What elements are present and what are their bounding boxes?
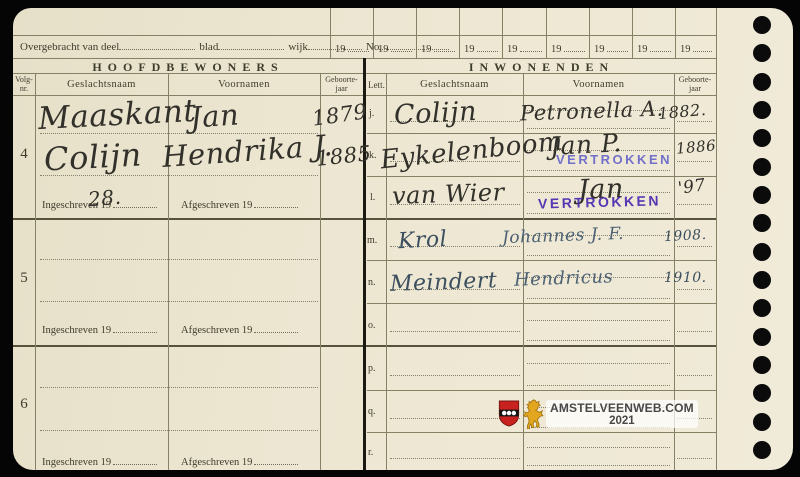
dotted-leader [254, 322, 298, 333]
dotted-line [527, 340, 670, 341]
year-cell: 19 [680, 41, 712, 55]
binder-hole [753, 328, 771, 346]
afgeschreven-text: Afgeschreven 19 [181, 325, 252, 336]
watermark-year-text: 2021 [609, 415, 635, 427]
year-cell-label: 19 [507, 44, 518, 55]
col-header-geboortejaar-line1: Geboorte- [320, 75, 363, 84]
dotted-line [677, 161, 712, 162]
dotted-line [527, 213, 670, 214]
col-header-volgnr-line1: Volg- [13, 75, 35, 84]
grid-line [459, 8, 460, 58]
col-header-geboortejaar-line2: jaar [320, 84, 363, 93]
dotted-leader [119, 39, 195, 50]
col-header-geslachtsnaam-inw: Geslachtsnaam [386, 79, 523, 90]
entry-voornamen: Jan [189, 97, 240, 134]
dotted-line [527, 298, 670, 299]
dotted-leader [254, 454, 298, 465]
vertrokken-stamp: VERTROKKEN [538, 192, 661, 211]
section-title-hoofdbewoners: HOOFDBEWONERS [13, 60, 363, 75]
col-header-geslachtsnaam: Geslachtsnaam [35, 79, 168, 90]
dotted-line [40, 430, 318, 431]
dotted-line [527, 320, 670, 321]
transfer-label-deel: Overgebracht van deel [20, 41, 119, 53]
dotted-leader [693, 41, 713, 52]
year-cell-label: 19 [421, 44, 432, 55]
block-number-5: 5 [13, 270, 35, 287]
col-header-geboortejaar-inw: Geboorte- jaar [674, 75, 716, 93]
dotted-leader [434, 41, 456, 52]
grid-line [632, 8, 633, 58]
dotted-leader [113, 454, 157, 465]
col-header-geboortejaar-inw-line1: Geboorte- [674, 75, 716, 84]
grid-line [367, 432, 716, 433]
grid-line [367, 390, 716, 391]
year-cell-label: 19 [594, 44, 605, 55]
dotted-line [677, 331, 712, 332]
dotted-line [677, 289, 712, 290]
afgeschreven-label: Afgeschreven 19 [181, 322, 298, 336]
year-cell: 19 [464, 41, 498, 55]
grid-line [546, 8, 547, 58]
col-header-lett: Lett. [366, 80, 387, 90]
year-cell-label: 19 [551, 44, 562, 55]
ingeschreven-year-value: 28. [87, 185, 122, 212]
binder-hole [753, 158, 771, 176]
binder-hole [753, 356, 771, 374]
lion-icon [522, 398, 544, 429]
grid-line [386, 73, 387, 470]
dotted-leader [564, 41, 586, 52]
dotted-line [40, 301, 318, 302]
entry-voornamen: Johannes J. F. [502, 224, 625, 248]
col-header-geboortejaar: Geboorte- jaar [320, 75, 363, 93]
year-cell: 19 [335, 41, 369, 55]
vertrokken-stamp: VERTROKKEN [556, 152, 672, 167]
grid-line [367, 176, 716, 177]
dotted-line [527, 255, 670, 256]
dotted-line [677, 458, 712, 459]
year-cell-label: 19 [464, 44, 475, 55]
afgeschreven-text: Afgeschreven 19 [181, 457, 252, 468]
section-title-inwonenden: INWONENDEN [367, 60, 716, 75]
dotted-leader [254, 197, 298, 208]
lett-label-q: q. [368, 406, 376, 417]
lett-label-j: j. [369, 108, 374, 119]
ingeschreven-label: Ingeschreven 19 [42, 322, 157, 336]
dotted-leader [391, 41, 413, 52]
year-cell-label: 19 [680, 44, 691, 55]
year-cell: 19 [594, 41, 628, 55]
dotted-line [677, 246, 712, 247]
dotted-line [677, 375, 712, 376]
dotted-line [677, 121, 712, 122]
lett-label-k: k. [369, 150, 377, 161]
binder-hole [753, 441, 771, 459]
dotted-leader [607, 41, 629, 52]
year-cell-label: 19 [637, 44, 648, 55]
year-cell: 19 [421, 41, 455, 55]
year-cell-label: 19 [335, 44, 346, 55]
binder-hole [753, 243, 771, 261]
entry-geslachtsnaam: Colijn [393, 96, 477, 131]
lett-label-o: o. [368, 320, 376, 331]
dotted-line [527, 447, 670, 448]
dotted-line [40, 259, 318, 260]
scanned-register-card: Overgebracht van deel blad wijk No 19 19… [0, 0, 800, 477]
dotted-leader [348, 41, 370, 52]
lett-label-r: r. [368, 447, 373, 458]
entry-geboortejaar: 1910. [664, 270, 707, 286]
year-cell: 19 [637, 41, 671, 55]
ingeschreven-label: Ingeschreven 19 [42, 454, 157, 468]
afgeschreven-text: Afgeschreven 19 [181, 200, 252, 211]
dotted-line [527, 465, 670, 466]
dotted-leader [477, 41, 499, 52]
dotted-leader [650, 41, 672, 52]
col-header-geboortejaar-inw-line2: jaar [674, 84, 716, 93]
watermark-site-text: AMSTELVEENWEB.COM [550, 401, 694, 415]
grid-line [367, 303, 716, 304]
watermark-text-box: AMSTELVEENWEB.COM 2021 [546, 400, 698, 428]
lett-label-n: n. [368, 277, 376, 288]
dotted-line [390, 331, 520, 332]
grid-line [367, 260, 716, 261]
dotted-leader [218, 39, 284, 50]
year-cell: 19 [378, 41, 412, 55]
year-cell: 19 [551, 41, 585, 55]
amstelveen-shield-icon [497, 400, 521, 427]
binder-hole [753, 186, 771, 204]
grid-line [716, 8, 717, 470]
dotted-line [677, 204, 712, 205]
lett-label-l: l. [370, 192, 375, 203]
entry-geslachtsnaam: Colijn [43, 135, 143, 178]
entry-geboortejaar: 1886 [675, 136, 717, 157]
amstelveenweb-watermark: AMSTELVEENWEB.COM 2021 [497, 398, 698, 429]
year-cell-label: 19 [378, 44, 389, 55]
grid-line [35, 73, 36, 470]
col-header-voornamen: Voornamen [168, 79, 320, 90]
col-header-voornamen-inw: Voornamen [523, 79, 674, 90]
binder-hole [753, 16, 771, 34]
year-cell: 19 [507, 41, 542, 55]
dotted-line [390, 375, 520, 376]
block-number-4: 4 [13, 146, 35, 163]
dotted-line [527, 363, 670, 364]
binder-hole [753, 73, 771, 91]
grid-line [502, 8, 503, 58]
col-header-volgnr: Volg- nr. [13, 75, 35, 93]
afgeschreven-label: Afgeschreven 19 [181, 197, 298, 211]
col-header-volgnr-line2: nr. [13, 84, 35, 93]
afgeschreven-label: Afgeschreven 19 [181, 454, 298, 468]
dotted-leader [113, 322, 157, 333]
lett-label-m: m. [367, 235, 377, 246]
transfer-label-wijk: wijk [288, 41, 308, 53]
ingeschreven-text: Ingeschreven 19 [42, 325, 111, 336]
entry-geboortejaar: 1908. [664, 227, 707, 245]
binder-hole [753, 413, 771, 431]
dotted-leader [520, 41, 543, 52]
entry-geslachtsnaam: Krol [397, 227, 447, 255]
grid-line [589, 8, 590, 58]
dotted-line [390, 458, 520, 459]
ingeschreven-text: Ingeschreven 19 [42, 457, 111, 468]
entry-geslachtsnaam: Meindert [390, 268, 498, 297]
block-number-6: 6 [13, 396, 35, 413]
binder-hole [753, 271, 771, 289]
dotted-line [527, 170, 670, 171]
entry-voornamen: Petronella A. [520, 97, 664, 126]
grid-line [13, 35, 716, 36]
dotted-line [527, 385, 670, 386]
entry-geboortejaar: '97 [677, 175, 707, 199]
dotted-line [40, 387, 318, 388]
grid-line [675, 8, 676, 58]
transfer-label-blad: blad [199, 41, 218, 53]
entry-geslachtsnaam: van Wier [392, 178, 505, 210]
entry-voornamen: Hendricus [514, 266, 614, 290]
lett-label-p: p. [368, 363, 376, 374]
binder-hole [753, 101, 771, 119]
